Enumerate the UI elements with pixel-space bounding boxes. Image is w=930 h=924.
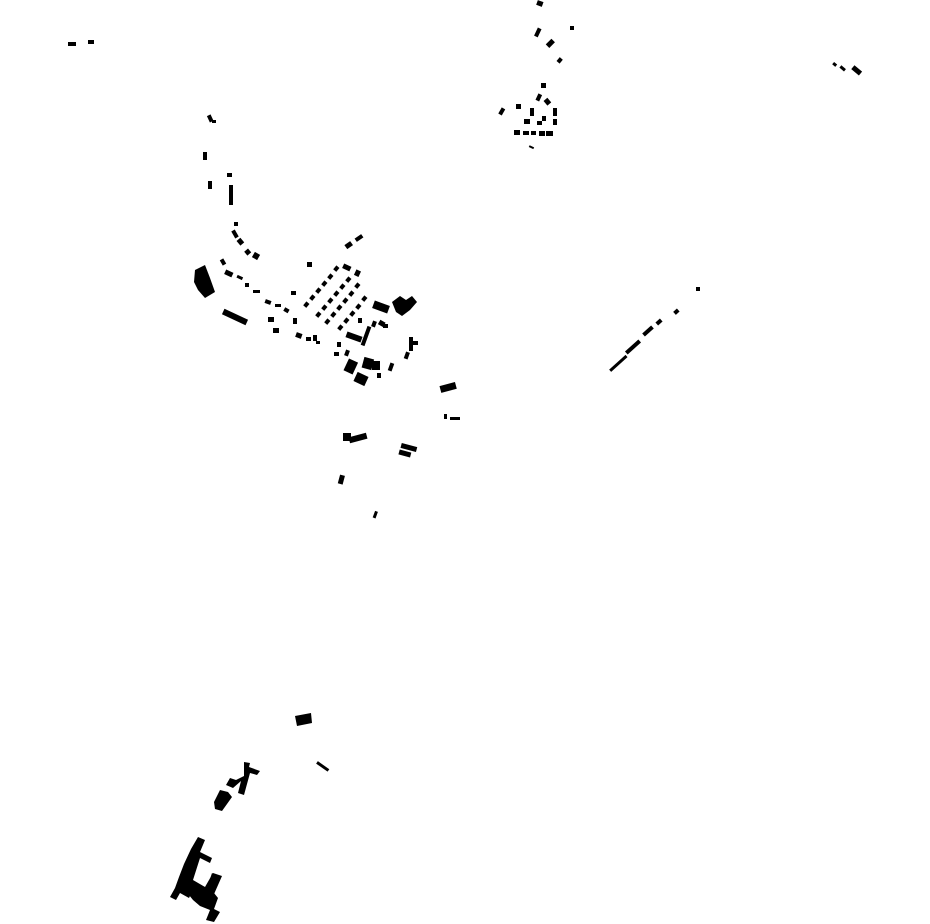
northwest-outliers [68, 40, 94, 46]
western-road-chain [203, 114, 260, 260]
northeast-outliers [832, 62, 862, 76]
housing-row-4 [337, 295, 367, 330]
north-village-cluster [498, 0, 574, 149]
south-central-scatter [338, 382, 460, 518]
southwest-complex [170, 713, 329, 922]
central-town-cluster [194, 234, 418, 386]
housing-row-1 [303, 265, 339, 307]
east-diagonal-row [609, 287, 700, 372]
figure-ground-map [0, 0, 930, 924]
